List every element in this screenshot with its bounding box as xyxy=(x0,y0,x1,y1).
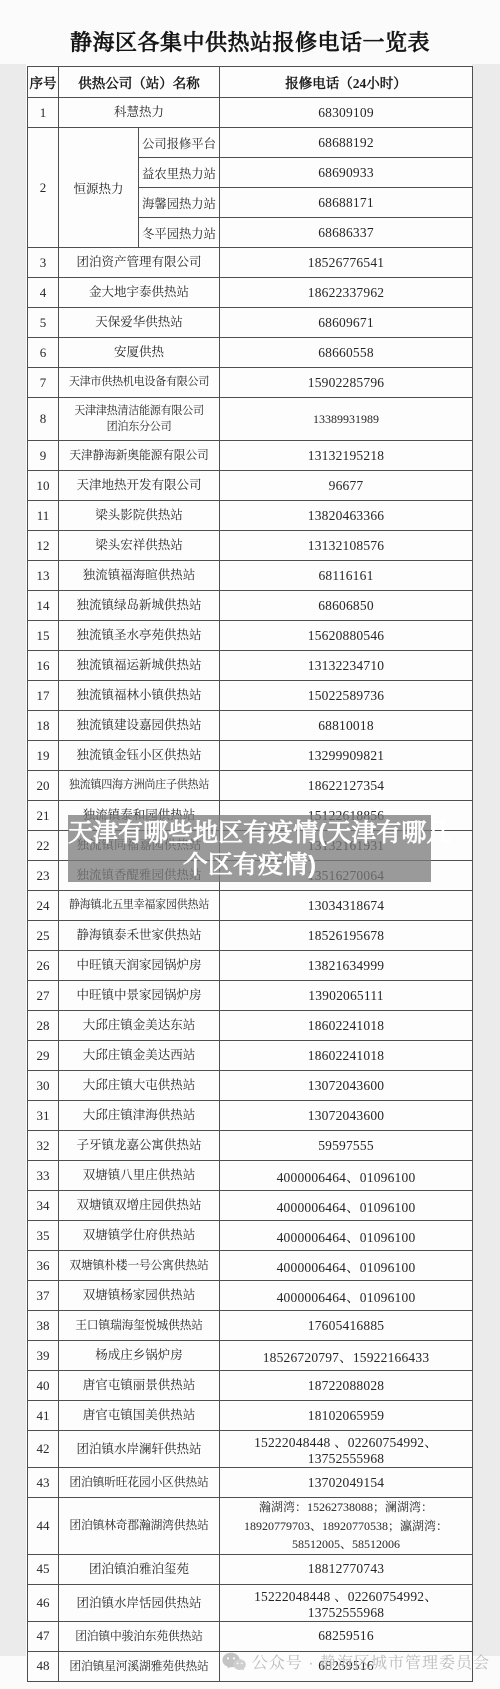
row-number-cell: 15 xyxy=(28,621,59,651)
row-number-cell: 40 xyxy=(28,1371,59,1401)
header-name: 供热公司（站）名称 xyxy=(59,67,220,98)
table-row: 11梁头影院供热站13820463366 xyxy=(28,501,473,531)
phone-cell: 13821634999 xyxy=(220,951,473,981)
table-row: 43团泊镇昕旺花园小区供热站13702049154 xyxy=(28,1468,473,1498)
station-name-cell: 天津津热清洁能源有限公司 团泊东分公司 xyxy=(59,398,220,441)
station-name-cell: 大邱庄镇津海供热站 xyxy=(59,1101,220,1131)
row-number-cell: 17 xyxy=(28,681,59,711)
station-name-cell: 团泊资产管理有限公司 xyxy=(59,248,220,278)
station-name-cell: 唐官屯镇国美供热站 xyxy=(59,1401,220,1431)
row-number-cell: 1 xyxy=(28,98,59,128)
station-name-cell: 天津市供热机电设备有限公司 xyxy=(59,368,220,398)
row-number-cell: 9 xyxy=(28,441,59,471)
station-name-cell: 中旺镇天润家园锅炉房 xyxy=(59,951,220,981)
station-name-cell: 唐官屯镇丽景供热站 xyxy=(59,1371,220,1401)
phone-cell: 68690933 xyxy=(220,158,473,188)
table-row: 19独流镇金钰小区供热站13299909821 xyxy=(28,741,473,771)
station-name-cell: 双塘镇双增庄园供热站 xyxy=(59,1191,220,1221)
station-name-cell: 静海镇泰禾世家供热站 xyxy=(59,921,220,951)
station-name-cell: 王口镇瑞海玺悦城供热站 xyxy=(59,1311,220,1341)
table-row: 18独流镇建设嘉园供热站68810018 xyxy=(28,711,473,741)
phone-cell: 18526720797、15922166433 xyxy=(220,1341,473,1371)
table-row: 8天津津热清洁能源有限公司 团泊东分公司13389931989 xyxy=(28,398,473,441)
row-number-cell: 48 xyxy=(28,1651,59,1681)
substation-name-cell: 海馨园热力站 xyxy=(139,188,220,218)
table-row: 44团泊镇林奇郡瀚湖湾供热站瀚湖湾：15262738088；澜湖湾：189207… xyxy=(28,1498,473,1555)
phone-cell: 13820463366 xyxy=(220,501,473,531)
row-number-cell: 33 xyxy=(28,1161,59,1191)
station-name-cell: 双塘镇八里庄供热站 xyxy=(59,1161,220,1191)
station-name-cell: 独流镇福海暄供热站 xyxy=(59,561,220,591)
row-number-cell: 4 xyxy=(28,278,59,308)
row-number-cell: 21 xyxy=(28,801,59,831)
table-row: 16独流镇福运新城供热站13132234710 xyxy=(28,651,473,681)
row-number-cell: 27 xyxy=(28,981,59,1011)
row-number-cell: 5 xyxy=(28,308,59,338)
phone-cell: 15222048448 、02260754992、13752555968 xyxy=(220,1431,473,1468)
phone-cell: 13902065111 xyxy=(220,981,473,1011)
station-name-cell: 独流镇四海方洲尚庄子供热站 xyxy=(59,771,220,801)
station-name-cell: 天津地热开发有限公司 xyxy=(59,471,220,501)
station-name-cell: 团泊镇中骏泊东苑供热站 xyxy=(59,1621,220,1651)
right-gutter xyxy=(472,64,500,1656)
table-row: 5天保爱华供热站68609671 xyxy=(28,308,473,338)
station-name-cell: 大邱庄镇大屯供热站 xyxy=(59,1071,220,1101)
heating-table-wrap: 序号 供热公司（站）名称 报修电话（24小时） 1科慧热力683091092恒源… xyxy=(27,66,472,1682)
table-row: 45团泊镇泊雅泊玺苑18812770743 xyxy=(28,1554,473,1584)
table-row: 17独流镇福林小镇供热站15022589736 xyxy=(28,681,473,711)
row-number-cell: 13 xyxy=(28,561,59,591)
row-number-cell: 44 xyxy=(28,1498,59,1555)
station-name-cell: 团泊镇泊雅泊玺苑 xyxy=(59,1554,220,1584)
phone-cell: 4000006464、01096100 xyxy=(220,1251,473,1281)
table-row: 20独流镇四海方洲尚庄子供热站18622127354 xyxy=(28,771,473,801)
station-name-cell: 金大地宇泰供热站 xyxy=(59,278,220,308)
phone-cell: 68688171 xyxy=(220,188,473,218)
phone-cell: 4000006464、01096100 xyxy=(220,1191,473,1221)
station-name-cell: 独流镇福运新城供热站 xyxy=(59,651,220,681)
row-number-cell: 34 xyxy=(28,1191,59,1221)
header-phone: 报修电话（24小时） xyxy=(220,67,473,98)
phone-cell: 4000006464、01096100 xyxy=(220,1281,473,1311)
phone-cell: 68660558 xyxy=(220,338,473,368)
row-number-cell: 31 xyxy=(28,1101,59,1131)
table-row: 31大邱庄镇津海供热站13072043600 xyxy=(28,1101,473,1131)
row-number-cell: 28 xyxy=(28,1011,59,1041)
watermark-line2: 个区有疫情) xyxy=(68,849,431,881)
table-row: 28大邱庄镇金美达东站18602241018 xyxy=(28,1011,473,1041)
table-row: 33双塘镇八里庄供热站4000006464、01096100 xyxy=(28,1161,473,1191)
watermark-line1: 天津有哪些地区有疫情(天津有哪几 xyxy=(68,817,431,849)
station-name-cell: 独流镇建设嘉园供热站 xyxy=(59,711,220,741)
station-name-cell: 静海镇北五里幸福家园供热站 xyxy=(59,891,220,921)
row-number-cell: 3 xyxy=(28,248,59,278)
row-number-cell: 22 xyxy=(28,831,59,861)
station-name-cell: 双塘镇朴楼一号公寓供热站 xyxy=(59,1251,220,1281)
row-number-cell: 37 xyxy=(28,1281,59,1311)
station-name-cell: 双塘镇杨家园供热站 xyxy=(59,1281,220,1311)
table-row: 26中旺镇天润家园锅炉房13821634999 xyxy=(28,951,473,981)
phone-cell: 15620880546 xyxy=(220,621,473,651)
phone-cell: 68688192 xyxy=(220,128,473,158)
phone-cell: 18722088028 xyxy=(220,1371,473,1401)
row-number-cell: 24 xyxy=(28,891,59,921)
station-name-cell: 杨成庄乡锅炉房 xyxy=(59,1341,220,1371)
phone-cell: 18602241018 xyxy=(220,1011,473,1041)
phone-cell: 13034318674 xyxy=(220,891,473,921)
row-number-cell: 35 xyxy=(28,1221,59,1251)
phone-cell: 13389931989 xyxy=(220,398,473,441)
table-row: 41唐官屯镇国美供热站18102065959 xyxy=(28,1401,473,1431)
row-number-cell: 11 xyxy=(28,501,59,531)
row-number-cell: 46 xyxy=(28,1584,59,1621)
footer-text: 公众号 · 静海区城市管理委员会 xyxy=(252,1650,490,1673)
substation-name-cell: 益农里热力站 xyxy=(139,158,220,188)
table-row: 40唐官屯镇丽景供热站18722088028 xyxy=(28,1371,473,1401)
row-number-cell: 39 xyxy=(28,1341,59,1371)
station-name-cell: 梁头影院供热站 xyxy=(59,501,220,531)
phone-cell: 18622337962 xyxy=(220,278,473,308)
phone-cell: 68686337 xyxy=(220,218,473,248)
row-number-cell: 26 xyxy=(28,951,59,981)
phone-cell: 18812770743 xyxy=(220,1554,473,1584)
phone-cell: 68309109 xyxy=(220,98,473,128)
table-row: 15独流镇圣水亭苑供热站15620880546 xyxy=(28,621,473,651)
station-name-cell: 独流镇金钰小区供热站 xyxy=(59,741,220,771)
station-name-cell: 子牙镇龙嘉公寓供热站 xyxy=(59,1131,220,1161)
station-name-cell: 团泊镇林奇郡瀚湖湾供热站 xyxy=(59,1498,220,1555)
phone-cell: 4000006464、01096100 xyxy=(220,1161,473,1191)
phone-cell: 17605416885 xyxy=(220,1311,473,1341)
row-number-cell: 43 xyxy=(28,1468,59,1498)
table-row: 32子牙镇龙嘉公寓供热站59597555 xyxy=(28,1131,473,1161)
row-number-cell: 41 xyxy=(28,1401,59,1431)
table-row: 47团泊镇中骏泊东苑供热站68259516 xyxy=(28,1621,473,1651)
row-number-cell: 12 xyxy=(28,531,59,561)
station-name-cell: 大邱庄镇金美达西站 xyxy=(59,1041,220,1071)
phone-cell: 68810018 xyxy=(220,711,473,741)
station-name-cell: 天津静海新奥能源有限公司 xyxy=(59,441,220,471)
row-number-cell: 29 xyxy=(28,1041,59,1071)
phone-cell: 68259516 xyxy=(220,1621,473,1651)
table-row: 7天津市供热机电设备有限公司15902285796 xyxy=(28,368,473,398)
table-row: 14独流镇绿岛新城供热站68606850 xyxy=(28,591,473,621)
table-row: 4金大地宇泰供热站18622337962 xyxy=(28,278,473,308)
phone-cell: 15902285796 xyxy=(220,368,473,398)
table-row: 2恒源热力公司报修平台68688192 xyxy=(28,128,473,158)
phone-cell: 59597555 xyxy=(220,1131,473,1161)
table-row: 35双塘镇学仕府供热站4000006464、01096100 xyxy=(28,1221,473,1251)
row-number-cell: 38 xyxy=(28,1311,59,1341)
table-row: 25静海镇泰禾世家供热站18526195678 xyxy=(28,921,473,951)
table-row: 6安厦供热68660558 xyxy=(28,338,473,368)
phone-cell: 68609671 xyxy=(220,308,473,338)
phone-cell: 13702049154 xyxy=(220,1468,473,1498)
table-row: 12梁头宏祥供热站13132108576 xyxy=(28,531,473,561)
phone-cell: 68606850 xyxy=(220,591,473,621)
station-name-cell: 团泊镇昕旺花园小区供热站 xyxy=(59,1468,220,1498)
phone-cell: 13299909821 xyxy=(220,741,473,771)
table-row: 13独流镇福海暄供热站68116161 xyxy=(28,561,473,591)
phone-cell: 13132195218 xyxy=(220,441,473,471)
table-row: 39杨成庄乡锅炉房18526720797、15922166433 xyxy=(28,1341,473,1371)
phone-cell: 68116161 xyxy=(220,561,473,591)
row-number-cell: 20 xyxy=(28,771,59,801)
page: 静海区各集中供热站报修电话一览表 序号 供热公司（站）名称 报修电话（24小时）… xyxy=(0,0,500,1689)
wechat-icon xyxy=(222,1652,246,1671)
substation-name-cell: 公司报修平台 xyxy=(139,128,220,158)
row-number-cell: 23 xyxy=(28,861,59,891)
station-name-cell: 安厦供热 xyxy=(59,338,220,368)
table-row: 37双塘镇杨家园供热站4000006464、01096100 xyxy=(28,1281,473,1311)
table-row: 42团泊镇水岸澜轩供热站15222048448 、02260754992、137… xyxy=(28,1431,473,1468)
station-name-cell: 独流镇绿岛新城供热站 xyxy=(59,591,220,621)
station-name-cell: 中旺镇中景家园锅炉房 xyxy=(59,981,220,1011)
station-name-cell: 大邱庄镇金美达东站 xyxy=(59,1011,220,1041)
table-row: 3团泊资产管理有限公司18526776541 xyxy=(28,248,473,278)
station-name-cell: 双塘镇学仕府供热站 xyxy=(59,1221,220,1251)
table-row: 1科慧热力68309109 xyxy=(28,98,473,128)
station-name-cell: 梁头宏祥供热站 xyxy=(59,531,220,561)
row-number-cell: 6 xyxy=(28,338,59,368)
row-number-cell: 42 xyxy=(28,1431,59,1468)
row-number-cell: 18 xyxy=(28,711,59,741)
table-header-row: 序号 供热公司（站）名称 报修电话（24小时） xyxy=(28,67,473,98)
table-row: 9天津静海新奥能源有限公司13132195218 xyxy=(28,441,473,471)
phone-cell: 18102065959 xyxy=(220,1401,473,1431)
phone-cell: 13132234710 xyxy=(220,651,473,681)
phone-cell: 15222048448 、02260754992、13752555968 xyxy=(220,1584,473,1621)
row-number-cell: 36 xyxy=(28,1251,59,1281)
phone-cell: 18622127354 xyxy=(220,771,473,801)
station-name-cell: 团泊镇水岸澜轩供热站 xyxy=(59,1431,220,1468)
table-row: 30大邱庄镇大屯供热站13072043600 xyxy=(28,1071,473,1101)
page-title: 静海区各集中供热站报修电话一览表 xyxy=(0,26,500,57)
table-row: 29大邱庄镇金美达西站18602241018 xyxy=(28,1041,473,1071)
row-number-cell: 8 xyxy=(28,398,59,441)
station-name-cell: 独流镇福林小镇供热站 xyxy=(59,681,220,711)
row-number-cell: 32 xyxy=(28,1131,59,1161)
table-row: 46团泊镇水岸恬园供热站15222048448 、02260754992、137… xyxy=(28,1584,473,1621)
phone-cell: 13072043600 xyxy=(220,1101,473,1131)
phone-cell: 4000006464、01096100 xyxy=(220,1221,473,1251)
station-name-cell: 科慧热力 xyxy=(59,98,220,128)
station-name-cell: 独流镇圣水亭苑供热站 xyxy=(59,621,220,651)
phone-cell: 15022589736 xyxy=(220,681,473,711)
row-number-cell: 30 xyxy=(28,1071,59,1101)
phone-cell: 13072043600 xyxy=(220,1071,473,1101)
table-row: 36双塘镇朴楼一号公寓供热站4000006464、01096100 xyxy=(28,1251,473,1281)
table-row: 34双塘镇双增庄园供热站4000006464、01096100 xyxy=(28,1191,473,1221)
station-name-cell: 天保爱华供热站 xyxy=(59,308,220,338)
phone-cell: 18526776541 xyxy=(220,248,473,278)
station-name-cell: 团泊镇水岸恬园供热站 xyxy=(59,1584,220,1621)
station-name-cell: 团泊镇星河溪湖雅苑供热站 xyxy=(59,1651,220,1681)
header-no: 序号 xyxy=(28,67,59,98)
table-row: 38王口镇瑞海玺悦城供热站17605416885 xyxy=(28,1311,473,1341)
row-number-cell: 14 xyxy=(28,591,59,621)
phone-cell: 18526195678 xyxy=(220,921,473,951)
phone-cell: 96677 xyxy=(220,471,473,501)
row-number-cell: 2 xyxy=(28,128,59,248)
company-name-cell: 恒源热力 xyxy=(59,128,139,248)
row-number-cell: 25 xyxy=(28,921,59,951)
table-row: 27中旺镇中景家园锅炉房13902065111 xyxy=(28,981,473,1011)
table-row: 24静海镇北五里幸福家园供热站13034318674 xyxy=(28,891,473,921)
substation-name-cell: 冬平园热力站 xyxy=(139,218,220,248)
row-number-cell: 45 xyxy=(28,1554,59,1584)
row-number-cell: 19 xyxy=(28,741,59,771)
phone-cell: 18602241018 xyxy=(220,1041,473,1071)
row-number-cell: 10 xyxy=(28,471,59,501)
row-number-cell: 47 xyxy=(28,1621,59,1651)
table-row: 10天津地热开发有限公司96677 xyxy=(28,471,473,501)
footer-watermark: 公众号 · 静海区城市管理委员会 xyxy=(222,1650,490,1673)
row-number-cell: 7 xyxy=(28,368,59,398)
left-gutter xyxy=(0,64,26,1656)
watermark-overlay: 天津有哪些地区有疫情(天津有哪几 个区有疫情) xyxy=(68,815,431,882)
phone-cell: 瀚湖湾：15262738088；澜湖湾：18920779703、18920770… xyxy=(220,1498,473,1555)
phone-cell: 13132108576 xyxy=(220,531,473,561)
row-number-cell: 16 xyxy=(28,651,59,681)
